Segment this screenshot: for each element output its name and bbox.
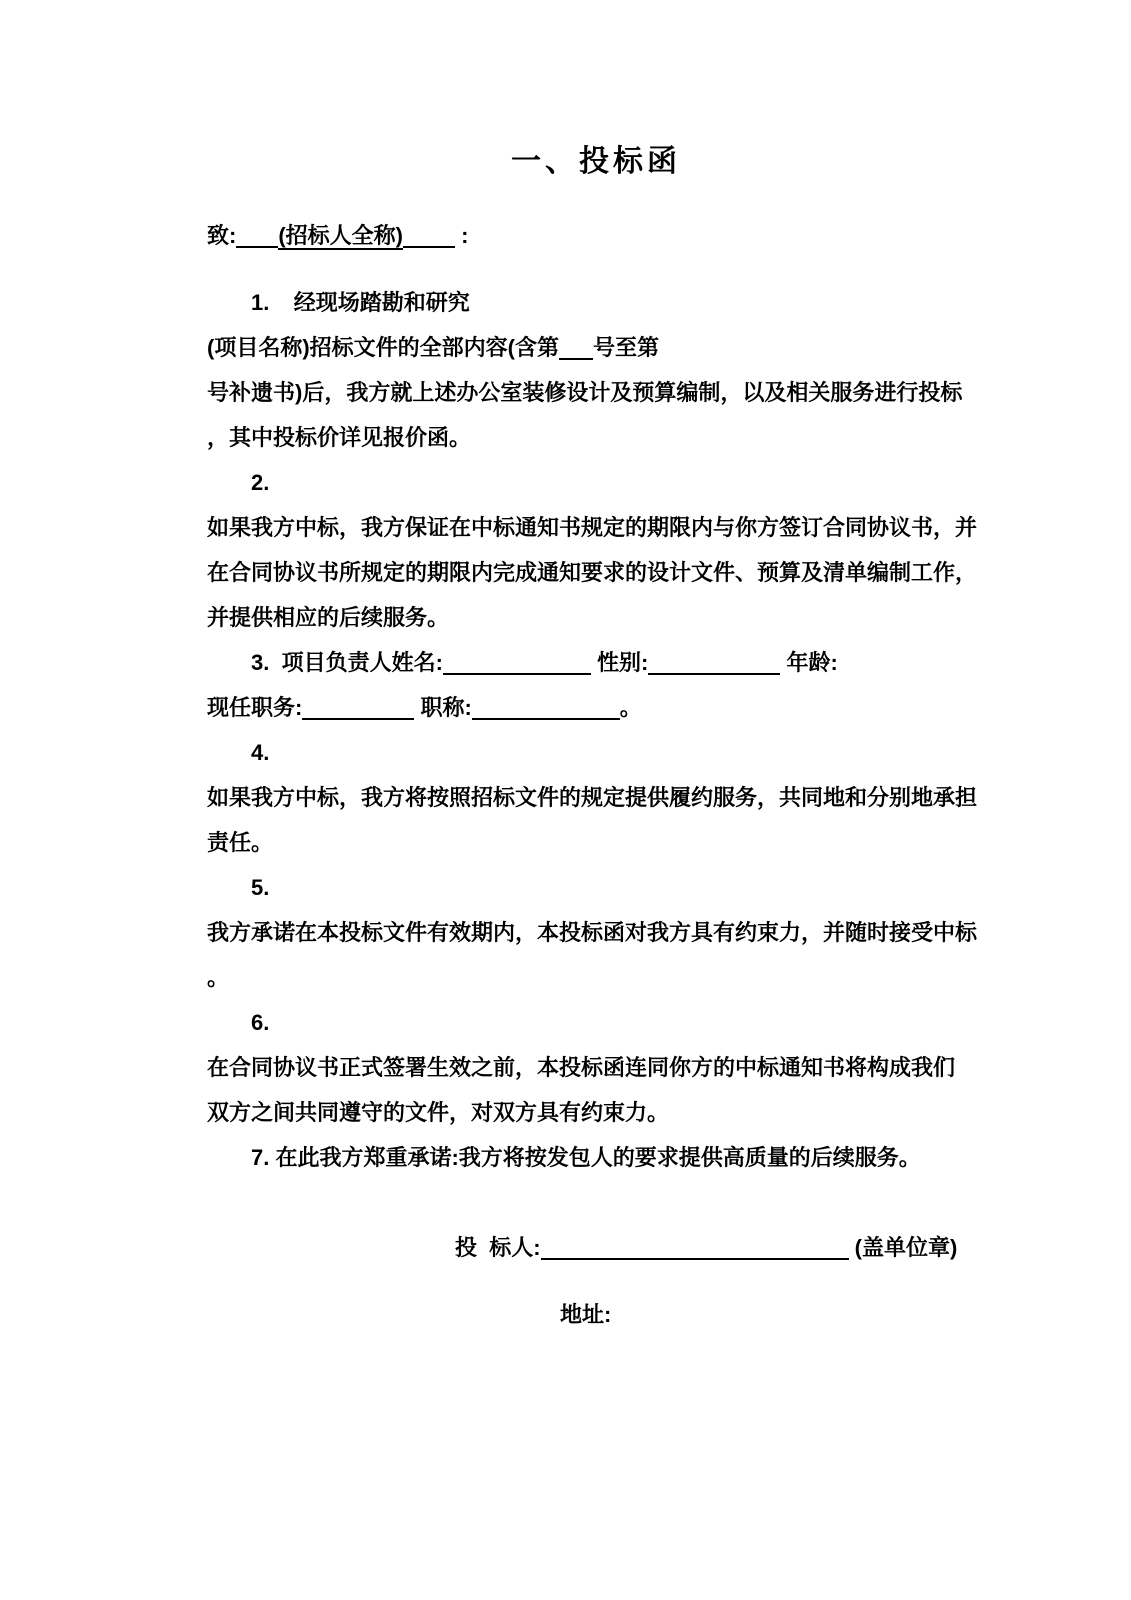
document-page: 一、投标函 致:(招标人全称) : 1. 经现场踏勘和研究(项目名称)招标文件的… [0, 0, 1131, 1600]
text-segment: 7. 在此我方郑重承诺:我方将按发包人的要求提供高质量的后续服务。 [251, 1145, 921, 1170]
blank-field [559, 332, 593, 360]
document-line: 现任职务: 职称:。 [207, 685, 985, 730]
text-segment: 责任。 [207, 830, 273, 855]
document-line: 双方之间共同遵守的文件，对双方具有约束力。 [207, 1090, 985, 1135]
document-line: 4. [207, 730, 985, 775]
text-segment: 6. [251, 1010, 269, 1035]
document-line: 并提供相应的后续服务。 [207, 595, 985, 640]
document-line: 如果我方中标，我方将按照招标文件的规定提供履约服务，共同地和分别地承担 [207, 775, 985, 820]
text-segment: 现任职务: [207, 695, 302, 720]
blank-field [443, 647, 591, 675]
text-segment: 年龄: [780, 650, 837, 675]
document-line: 如果我方中标，我方保证在中标通知书规定的期限内与你方签订合同协议书，并 [207, 505, 985, 550]
document-line: 2. [207, 460, 985, 505]
document-line: 我方承诺在本投标文件有效期内，本投标函对我方具有约束力，并随时接受中标 [207, 910, 985, 955]
document-line: 责任。 [207, 820, 985, 865]
document-line: 1. 经现场踏勘和研究 [207, 280, 985, 325]
text-segment: 并提供相应的后续服务。 [207, 605, 449, 630]
text-segment: 3. 项目负责人姓名: [251, 650, 443, 675]
text-segment: 号补遗书)后，我方就上述办公室装修设计及预算编制，以及相关服务进行投标 [207, 380, 962, 405]
document-content: 一、投标函 致:(招标人全称) : 1. 经现场踏勘和研究(项目名称)招标文件的… [207, 136, 985, 1337]
text-segment: 4. [251, 740, 269, 765]
document-line: ，其中投标价详见报价函。 [207, 415, 985, 460]
page-title: 一、投标函 [207, 136, 985, 180]
address-line: 地址: [560, 1292, 985, 1337]
text-segment: 我方承诺在本投标文件有效期内，本投标函对我方具有约束力，并随时接受中标 [207, 920, 977, 945]
text-segment: 职称: [414, 695, 471, 720]
text-segment: 地址: [560, 1302, 611, 1327]
text-segment: 性别: [591, 650, 648, 675]
text-segment: : [455, 223, 468, 248]
bidder-signature-line: 投 标人: (盖单位章) [455, 1225, 985, 1270]
text-segment: (盖单位章) [849, 1235, 958, 1260]
text-segment: 致: [207, 223, 236, 248]
text-segment: 双方之间共同遵守的文件，对双方具有约束力。 [207, 1100, 669, 1125]
text-segment: 1. 经现场踏勘和研究 [251, 290, 470, 315]
text-segment: (项目名称)招标文件的全部内容(含第 [207, 335, 559, 360]
text-segment: 如果我方中标，我方将按照招标文件的规定提供履约服务，共同地和分别地承担 [207, 785, 977, 810]
blank-field [648, 647, 780, 675]
text-segment: 5. [251, 875, 269, 900]
blank-field [541, 1232, 849, 1260]
document-line: 7. 在此我方郑重承诺:我方将按发包人的要求提供高质量的后续服务。 [207, 1135, 985, 1180]
document-line: 号补遗书)后，我方就上述办公室装修设计及预算编制，以及相关服务进行投标 [207, 370, 985, 415]
text-segment: 在合同协议书所规定的期限内完成通知要求的设计文件、预算及清单编制工作， [207, 560, 977, 585]
document-line: 在合同协议书正式签署生效之前，本投标函连同你方的中标通知书将构成我们 [207, 1045, 985, 1090]
signature-block: 投 标人: (盖单位章) 地址: [207, 1225, 985, 1337]
blank-field [236, 220, 278, 248]
document-line: 在合同协议书所规定的期限内完成通知要求的设计文件、预算及清单编制工作， [207, 550, 985, 595]
text-segment: 。 [207, 965, 229, 990]
text-segment: ，其中投标价详见报价函。 [207, 425, 471, 450]
text-segment: 。 [620, 695, 642, 720]
document-body: 1. 经现场踏勘和研究(项目名称)招标文件的全部内容(含第号至第号补遗书)后，我… [207, 280, 985, 1180]
document-line: 。 [207, 955, 985, 1000]
salutation-line: 致:(招标人全称) : [207, 218, 985, 254]
blank-field [302, 692, 414, 720]
text-segment: 如果我方中标，我方保证在中标通知书规定的期限内与你方签订合同协议书，并 [207, 515, 977, 540]
document-line: (项目名称)招标文件的全部内容(含第号至第 [207, 325, 985, 370]
text-segment: 在合同协议书正式签署生效之前，本投标函连同你方的中标通知书将构成我们 [207, 1055, 955, 1080]
text-segment: 投 标人: [455, 1235, 541, 1260]
text-segment: 号至第 [593, 335, 659, 360]
text-segment: 2. [251, 470, 269, 495]
document-line: 5. [207, 865, 985, 910]
document-line: 3. 项目负责人姓名: 性别: 年龄: [207, 640, 985, 685]
blank-field [472, 692, 620, 720]
underlined-text-segment: (招标人全称) [278, 223, 403, 250]
blank-field [403, 220, 455, 248]
document-line: 6. [207, 1000, 985, 1045]
